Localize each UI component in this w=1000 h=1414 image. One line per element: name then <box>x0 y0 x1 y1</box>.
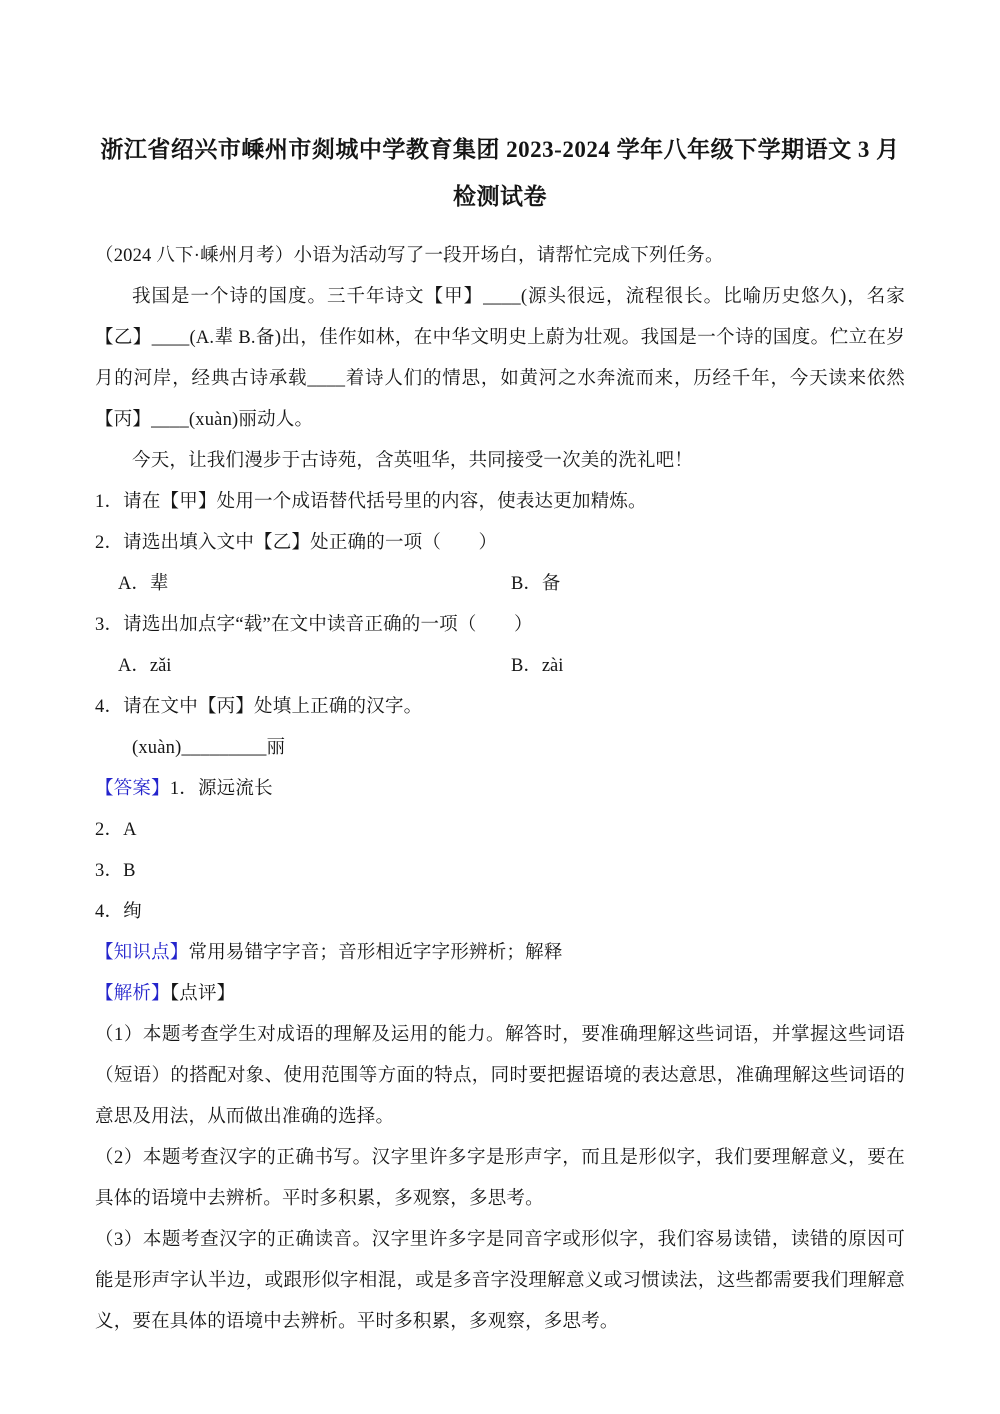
knowledge-point-label: 【知识点】 <box>95 943 189 963</box>
passage-paragraph-2: 今天，让我们漫步于古诗苑，含英咀华，共同接受一次美的洗礼吧！ <box>95 441 905 482</box>
analysis-paragraph-3: （3）本题考查汉字的正确读音。汉字里许多字是同音字或形似字，我们容易读错，读错的… <box>95 1220 905 1343</box>
question-3-option-a: A．zǎi <box>118 646 511 687</box>
question-1: 1．请在【甲】处用一个成语替代括号里的内容，使表达更加精炼。 <box>95 482 905 523</box>
page-title: 浙江省绍兴市嵊州市剡城中学教育集团 2023-2024 学年八年级下学期语文 3… <box>95 126 905 220</box>
title-line-2: 检测试卷 <box>95 173 905 220</box>
analysis-paragraph-1: （1）本题考查学生对成语的理解及运用的能力。解答时，要准确理解这些词语，并掌握这… <box>95 1015 905 1138</box>
question-3-option-b: B．zài <box>511 646 905 687</box>
answer-label: 【答案】 <box>95 779 170 799</box>
question-2-options: A．辈 B．备 <box>95 564 905 605</box>
question-3: 3．请选出加点字“载”在文中读音正确的一项（ ） <box>95 605 905 646</box>
analysis-label: 【解析】 <box>95 984 170 1004</box>
question-4: 4．请在文中【丙】处填上正确的汉字。 <box>95 687 905 728</box>
exam-source-intro: （2024 八下·嵊州月考）小语为活动写了一段开场白，请帮忙完成下列任务。 <box>95 236 905 277</box>
question-3-options: A．zǎi B．zài <box>95 646 905 687</box>
answer-item-4: 4．绚 <box>95 892 905 933</box>
knowledge-point-text: 常用易错字字音；音形相近字字形辨析；解释 <box>189 943 563 963</box>
title-line-1: 浙江省绍兴市嵊州市剡城中学教育集团 2023-2024 学年八年级下学期语文 3… <box>95 126 905 173</box>
passage-paragraph-1: 我国是一个诗的国度。三千年诗文【甲】____(源头很远，流程很长。比喻历史悠久)… <box>95 277 905 441</box>
question-2-option-a: A．辈 <box>118 564 511 605</box>
answer-line-1: 【答案】1．源远流长 <box>95 769 905 810</box>
answer-item-2: 2．A <box>95 810 905 851</box>
question-2: 2．请选出填入文中【乙】处正确的一项（ ） <box>95 523 905 564</box>
question-2-option-b: B．备 <box>511 564 905 605</box>
exam-document-page: 浙江省绍兴市嵊州市剡城中学教育集团 2023-2024 学年八年级下学期语文 3… <box>0 0 1000 1414</box>
answer-item-3: 3．B <box>95 851 905 892</box>
comment-label: 【点评】 <box>170 984 236 1004</box>
analysis-paragraph-2: （2）本题考查汉字的正确书写。汉字里许多字是形声字，而且是形似字，我们要理解意义… <box>95 1138 905 1220</box>
answer-item-1: 1．源远流长 <box>170 779 273 799</box>
knowledge-point-line: 【知识点】常用易错字字音；音形相近字字形辨析；解释 <box>95 933 905 974</box>
analysis-heading: 【解析】【点评】 <box>95 974 905 1015</box>
question-4-blank: (xuàn)_________丽 <box>95 728 905 769</box>
